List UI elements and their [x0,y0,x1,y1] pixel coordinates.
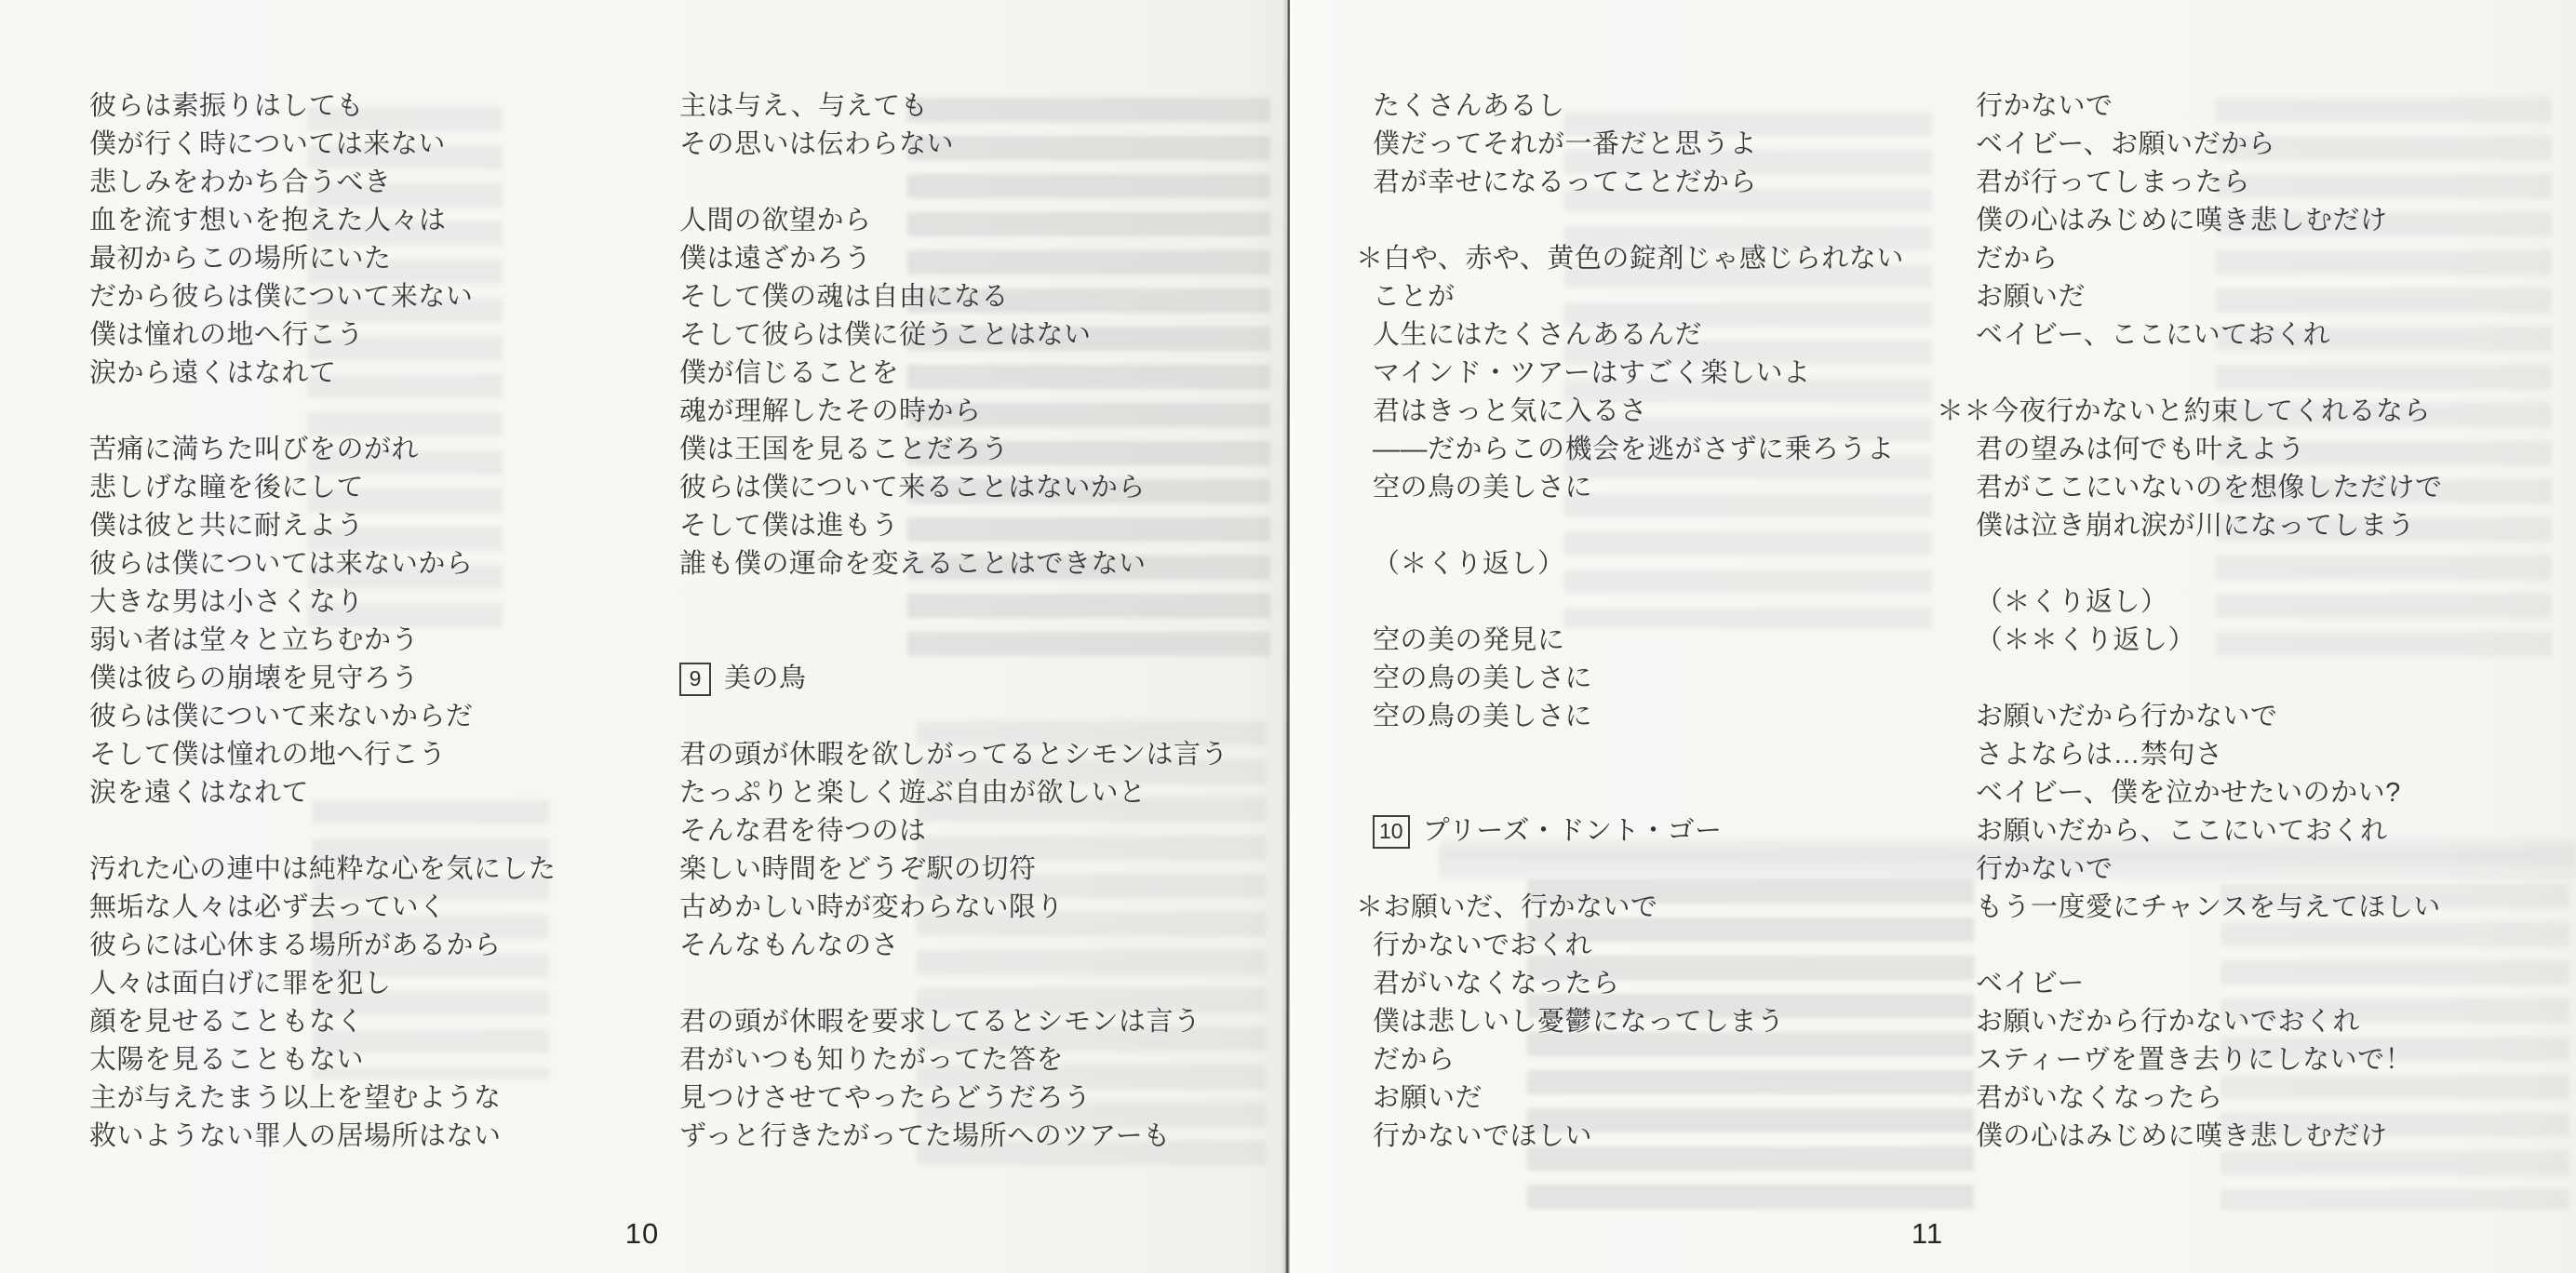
lyric-line: 僕の心はみじめに嘆き悲しむだけ [1976,202,2443,240]
lyric-line: 空の美の発見に [1373,622,1904,660]
lyric-line: 楽しい時間をどうぞ駅の切符 [679,851,1228,889]
lyric-line: 誰も僕の運命を変えることはできない [679,545,1228,583]
lyric-line: 人々は面白げに罪を犯し [89,965,557,1003]
lyric-line: 僕は彼と共に耐えよう [89,507,557,545]
lyric-line: 僕は王国を見ることだろう [679,431,1228,469]
lyric-block: 君の頭が休暇を欲しがってるとシモンは言うたっぷりと楽しく遊ぶ自由が欲しいとそんな… [679,736,1228,965]
track-heading: 9美の鳥 [679,660,1228,698]
lyric-line: だから彼らは僕について来ない [89,278,557,316]
lyric-line: 顔を見せることもなく [89,1003,557,1041]
lyric-line: 僕は憧れの地へ行こう [89,316,557,355]
track-heading: 10プリーズ・ドント・ゴー [1373,812,1904,851]
booklet-page-10: 彼らは素振りはしても僕が行く時については来ない悲しみをわかち合うべき血を流す想い… [0,0,1286,1273]
lyric-line: 僕は悲しいし憂鬱になってしまう [1373,1003,1904,1041]
lyric-block: ＊＊今夜行かないと約束してくれるなら君の望みは何でも叶えよう君がここにいないのを… [1976,393,2443,545]
lyric-line: 主は与え、与えても [679,87,1228,126]
lyric-line: 無垢な人々は必ず去っていく [89,889,557,927]
lyric-line: 最初からこの場所にいた [89,240,557,278]
lyric-line: だから [1976,240,2443,278]
lyric-line: 君がいなくなったら [1976,1079,2443,1118]
lyric-line: 涙から遠くはなれて [89,355,557,393]
lyric-block: 主は与え、与えてもその思いは伝わらない [679,87,1228,164]
lyric-line: だから [1373,1041,1904,1079]
lyric-line: 見つけさせてやったらどうだろう [679,1079,1228,1118]
lyric-line: ――だからこの機会を逃がさずに乗ろうよ [1373,431,1904,469]
lyric-line: そして僕は進もう [679,507,1228,545]
lyric-line: 苦痛に満ちた叫びをのがれ [89,431,557,469]
lyric-block: たくさんあるし僕だってそれが一番だと思うよ君が幸せになるってことだから [1373,87,1904,202]
block-gap [1373,774,1904,812]
lyric-line: 主が与えたまう以上を望むような [89,1079,557,1118]
lyric-line: 血を流す想いを抱えた人々は [89,202,557,240]
lyrics-column-right-1: たくさんあるし僕だってそれが一番だと思うよ君が幸せになるってことだから＊白や、赤… [1373,87,1904,1194]
lyric-line: （＊くり返し） [1976,583,2443,622]
lyric-line: もう一度愛にチャンスを与えてほしい [1976,889,2443,927]
lyric-line: ベイビー、お願いだから [1976,126,2443,164]
lyric-line: 君の頭が休暇を欲しがってるとシモンは言う [679,736,1228,774]
lyric-line: 人生にはたくさんあるんだ [1373,316,1904,355]
lyric-line: 僕だってそれが一番だと思うよ [1373,126,1904,164]
lyric-line: スティーヴを置き去りにしないで！ [1976,1041,2443,1079]
lyric-line: 君が行ってしまったら [1976,164,2443,202]
lyric-line: たくさんあるし [1373,87,1904,126]
lyric-block: ベイビーお願いだから行かないでおくれスティーヴを置き去りにしないで！君がいなくな… [1976,965,2443,1156]
lyric-block: 汚れた心の連中は純粋な心を気にした無垢な人々は必ず去っていく彼らには心休まる場所… [89,851,557,1156]
lyric-line: 悲しげな瞳を後にして [89,469,557,507]
lyric-line: そんなもんなのさ [679,927,1228,965]
lyric-line: 彼らは僕については来ないから [89,545,557,583]
lyric-line: 空の鳥の美しさに [1373,660,1904,698]
lyric-line: お願いだから行かないで [1976,698,2443,736]
lyric-line: そして彼らは僕に従うことはない [679,316,1228,355]
booklet-spread: 彼らは素振りはしても僕が行く時については来ない悲しみをわかち合うべき血を流す想い… [0,0,2576,1273]
lyric-line: ベイビー [1976,965,2443,1003]
lyric-line: 涙を遠くはなれて [89,774,557,812]
lyric-block: 人間の欲望から僕は遠ざかろうそして僕の魂は自由になるそして彼らは僕に従うことはな… [679,202,1228,583]
lyric-line: 僕が信じることを [679,355,1228,393]
lyric-line: 汚れた心の連中は純粋な心を気にした [89,851,557,889]
lyric-line: ベイビー、ここにいておくれ [1976,316,2443,355]
track-number-badge: 9 [679,663,711,696]
lyric-line: そんな君を待つのは [679,812,1228,851]
lyric-block: （＊くり返し） [1373,545,1904,583]
lyrics-column-left-1: 彼らは素振りはしても僕が行く時については来ない悲しみをわかち合うべき血を流す想い… [89,87,557,1194]
lyric-line: ベイビー、僕を泣かせたいのかい? [1976,774,2443,812]
lyric-line: 僕は泣き崩れ涙が川になってしまう [1976,507,2443,545]
lyric-line: ＊白や、赤や、黄色の錠剤じゃ感じられない [1356,240,1904,278]
lyric-line: 行かないでおくれ [1373,927,1904,965]
lyric-line: お願いだ [1976,278,2443,316]
lyric-block: 空の美の発見に空の鳥の美しさに空の鳥の美しさに [1373,622,1904,736]
lyric-line: 君が幸せになるってことだから [1373,164,1904,202]
lyric-line: 君の望みは何でも叶えよう [1976,431,2443,469]
lyric-line: お願いだ [1373,1079,1904,1118]
lyric-line: 彼らは素振りはしても [89,87,557,126]
lyric-line: 魂が理解したその時から [679,393,1228,431]
lyric-line: 僕が行く時については来ない [89,126,557,164]
lyric-line: そして僕は憧れの地へ行こう [89,736,557,774]
lyric-line: 君はきっと気に入るさ [1373,393,1904,431]
lyric-line: 空の鳥の美しさに [1373,469,1904,507]
lyric-line: 太陽を見ることもない [89,1041,557,1079]
lyric-line: 人間の欲望から [679,202,1228,240]
lyric-block: 君の頭が休暇を要求してるとシモンは言う君がいつも知りたがってた答を見つけさせてや… [679,1003,1228,1156]
lyric-line: 君の頭が休暇を要求してるとシモンは言う [679,1003,1228,1041]
lyric-block: お願いだから行かないでさよならは…禁句さベイビー、僕を泣かせたいのかい?お願いだ… [1976,698,2443,927]
lyric-line: 空の鳥の美しさに [1373,698,1904,736]
lyric-line: ＊＊今夜行かないと約束してくれるなら [1937,393,2443,431]
lyric-line: 行かないで [1976,87,2443,126]
lyric-line: 僕は遠ざかろう [679,240,1228,278]
lyrics-column-left-2: 主は与え、与えてもその思いは伝わらない人間の欲望から僕は遠ざかろうそして僕の魂は… [679,87,1228,1194]
lyric-line: 弱い者は堂々と立ちむかう [89,622,557,660]
lyric-line: たっぷりと楽しく遊ぶ自由が欲しいと [679,774,1228,812]
lyric-line: （＊くり返し） [1373,545,1904,583]
lyric-line: そして僕の魂は自由になる [679,278,1228,316]
lyric-line: 彼らは僕について来ないからだ [89,698,557,736]
lyric-line: 君がいつも知りたがってた答を [679,1041,1228,1079]
lyric-block: 苦痛に満ちた叫びをのがれ悲しげな瞳を後にして僕は彼と共に耐えよう彼らは僕について… [89,431,557,812]
lyric-block: 彼らは素振りはしても僕が行く時については来ない悲しみをわかち合うべき血を流す想い… [89,87,557,393]
page-number: 11 [1872,1217,1983,1251]
block-gap [679,622,1228,660]
lyric-line: 大きな男は小さくなり [89,583,557,622]
lyric-line: ＊お願いだ、行かないで [1356,889,1904,927]
booklet-page-11: たくさんあるし僕だってそれが一番だと思うよ君が幸せになるってことだから＊白や、赤… [1290,0,2576,1273]
lyric-line: 僕は彼らの崩壊を見守ろう [89,660,557,698]
lyric-block: ＊白や、赤や、黄色の錠剤じゃ感じられないことが人生にはたくさんあるんだマインド・… [1373,240,1904,507]
lyric-line: お願いだから行かないでおくれ [1976,1003,2443,1041]
track-title: 美の鳥 [724,660,807,698]
lyric-line: 彼らは僕について来ることはないから [679,469,1228,507]
lyric-line: 君がここにいないのを想像しただけで [1976,469,2443,507]
track-number-badge: 10 [1373,815,1410,849]
lyric-block: （＊くり返し）（＊＊くり返し） [1976,583,2443,660]
lyric-line: マインド・ツアーはすごく楽しいよ [1373,355,1904,393]
lyrics-column-right-2: 行かないでベイビー、お願いだから君が行ってしまったら僕の心はみじめに嘆き悲しむだ… [1976,87,2443,1194]
lyric-line: 悲しみをわかち合うべき [89,164,557,202]
lyric-line: ずっと行きたがってた場所へのツアーも [679,1118,1228,1156]
lyric-line: 行かないで [1976,851,2443,889]
lyric-line: 救いようない罪人の居場所はない [89,1118,557,1156]
lyric-line: （＊＊くり返し） [1976,622,2443,660]
lyric-line: 古めかしい時が変わらない限り [679,889,1228,927]
lyric-block: 行かないでベイビー、お願いだから君が行ってしまったら僕の心はみじめに嘆き悲しむだ… [1976,87,2443,355]
lyric-block: ＊お願いだ、行かないで行かないでおくれ君がいなくなったら僕は悲しいし憂鬱になって… [1373,889,1904,1156]
lyric-line: お願いだから、ここにいておくれ [1976,812,2443,851]
track-title: プリーズ・ドント・ゴー [1423,812,1723,851]
lyric-line: さよならは…禁句さ [1976,736,2443,774]
lyric-line: ことが [1373,278,1904,316]
lyric-line: その思いは伝わらない [679,126,1228,164]
page-number: 10 [586,1217,698,1251]
lyric-line: 行かないでほしい [1373,1118,1904,1156]
lyric-line: 彼らには心休まる場所があるから [89,927,557,965]
lyric-line: 僕の心はみじめに嘆き悲しむだけ [1976,1118,2443,1156]
lyric-line: 君がいなくなったら [1373,965,1904,1003]
